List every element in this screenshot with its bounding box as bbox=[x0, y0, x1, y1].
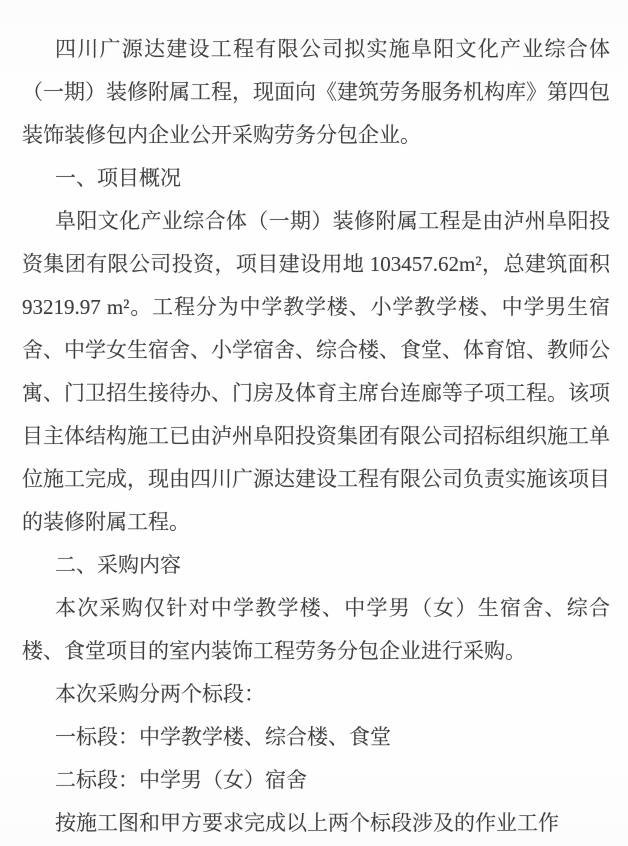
heading-section-1-project-overview: 一、项目概况 bbox=[22, 157, 610, 200]
paragraph-bid-sections-intro: 本次采购分两个标段： bbox=[22, 673, 610, 716]
paragraph-bid-section-1: 一标段：中学教学楼、综合楼、食堂 bbox=[22, 716, 610, 759]
paragraph-bid-section-2: 二标段：中学男（女）宿舍 bbox=[22, 759, 610, 802]
document-body: 四川广源达建设工程有限公司拟实施阜阳文化产业综合体（一期）装修附属工程，现面向《… bbox=[22, 28, 610, 845]
paragraph-work-requirement: 按施工图和甲方要求完成以上两个标段涉及的作业工作 bbox=[22, 802, 610, 845]
paragraph-procurement-scope: 本次采购仅针对中学教学楼、中学男（女）生宿舍、综合楼、食堂项目的室内装饰工程劳务… bbox=[22, 587, 610, 673]
paragraph-intro: 四川广源达建设工程有限公司拟实施阜阳文化产业综合体（一期）装修附属工程，现面向《… bbox=[22, 28, 610, 157]
heading-section-2-procurement-content: 二、采购内容 bbox=[22, 544, 610, 587]
document-page: 四川广源达建设工程有限公司拟实施阜阳文化产业综合体（一期）装修附属工程，现面向《… bbox=[0, 0, 628, 846]
paragraph-project-overview: 阜阳文化产业综合体（一期）装修附属工程是由泸州阜阳投资集团有限公司投资，项目建设… bbox=[22, 200, 610, 544]
